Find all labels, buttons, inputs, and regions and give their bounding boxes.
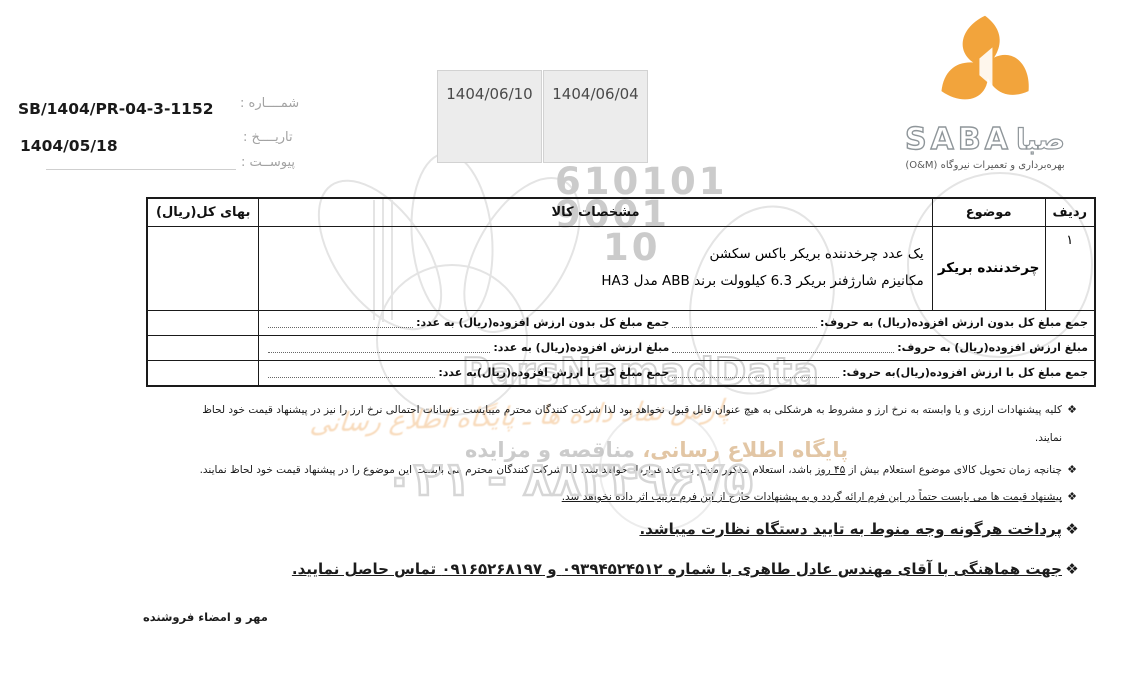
note-contact-info-text: جهت هماهنگی با آقای مهندس عادل طاهری با …	[66, 558, 1062, 580]
with-vat-digits-label: جمع مبلغ کل با ارزش افزوده(ریال)به عدد:	[438, 366, 669, 379]
header-subject: موضوع	[932, 198, 1045, 226]
note2-pre: چنانچه زمان تحویل کالای موضوع استعلام بی…	[845, 464, 1062, 476]
header-total-price: بهای کل(ریال)	[147, 198, 259, 226]
note-form-required: ❖ پیشنهاد قیمت ها می بایست حتماً در این …	[66, 483, 1082, 511]
date-box-issue: 1404/06/04	[543, 70, 648, 163]
summary-vat-price-cell	[147, 335, 259, 360]
note-delivery-time: ❖ چنانچه زمان تحویل کالای موضوع استعلام …	[66, 456, 1082, 484]
saba-logo: SABA صبا بهره‌برداری و تعمیرات نیروگاه (…	[880, 12, 1090, 171]
inquiry-table: ردیف موضوع مشخصات کالا بهای کل(ریال) ۱ چ…	[146, 197, 1096, 387]
vat-words-blank	[672, 352, 894, 353]
note1-line1: کلیه پیشنهادات ارزی و یا وابسته به نرخ ا…	[202, 404, 1062, 416]
saba-persian-text: صبا	[1016, 123, 1065, 156]
spec-line-2: مکانیزم شارژفنر بریکر 6.3 کیلوولت برند A…	[601, 273, 923, 289]
note-form-required-text: پیشنهاد قیمت ها می بایست حتماً در این فر…	[66, 483, 1062, 511]
saba-tagline: بهره‌برداری و تعمیرات نیروگاه (O&M)	[905, 160, 1064, 171]
note2-underlined: ۴۵ روز	[815, 464, 845, 476]
watermark-number-1: 610101	[555, 163, 727, 200]
summary-row-without-vat: جمع مبلغ کل بدون ارزش افزوده(ریال) به حر…	[147, 310, 1095, 335]
summary-without-vat: جمع مبلغ کل بدون ارزش افزوده(ریال) به حر…	[259, 310, 1095, 335]
diamond-bullet-icon: ❖	[1062, 396, 1082, 424]
summary-with-vat: جمع مبلغ کل با ارزش افزوده(ریال)به حروف:…	[259, 360, 1095, 386]
number-value: SB/1404/PR-04-3-1152	[18, 100, 214, 118]
note2-post: باشد، استعلام مذکور منجر به عقد قرارداد …	[200, 464, 816, 476]
cell-subject: چرخدننده بریکر	[932, 226, 1045, 310]
with-vat-words-label: جمع مبلغ کل با ارزش افزوده(ریال)به حروف:	[842, 366, 1088, 379]
cell-row-number: ۱	[1045, 226, 1095, 310]
cell-specs: یک عدد چرخدننده بریکر باکس سکشن مکانیزم …	[259, 226, 932, 310]
table-row: ۱ چرخدننده بریکر یک عدد چرخدننده بریکر ب…	[147, 226, 1095, 310]
date-boxes: 1404/06/10 1404/06/04	[437, 70, 649, 163]
diamond-bullet-icon: ❖	[1062, 483, 1082, 511]
without-vat-words-blank	[672, 327, 817, 328]
with-vat-words-blank	[672, 377, 839, 378]
summary-row-with-vat: جمع مبلغ کل با ارزش افزوده(ریال)به حروف:…	[147, 360, 1095, 386]
note1-line2: نمایند.	[1035, 432, 1062, 444]
without-vat-words-label: جمع مبلغ کل بدون ارزش افزوده(ریال) به حر…	[820, 316, 1088, 329]
note-payment-approval-text: پرداخت هرگونه وجه منوط به تایید دستگاه ن…	[66, 518, 1062, 540]
date-box-deadline: 1404/06/10	[437, 70, 542, 163]
summary-without-vat-price-cell	[147, 310, 259, 335]
diamond-bullet-icon: ❖	[1062, 558, 1082, 580]
summary-with-vat-price-cell	[147, 360, 259, 386]
spec-line-1: یک عدد چرخدننده بریکر باکس سکشن	[710, 246, 924, 262]
note-currency-terms: ❖ کلیه پیشنهادات ارزی و یا وابسته به نرخ…	[66, 396, 1082, 452]
saba-wordmark: SABA صبا	[905, 122, 1065, 157]
date-value: 1404/05/18	[20, 137, 118, 155]
summary-row-vat: مبلغ ارزش افزوده(ریال) به حروف: مبلغ ارز…	[147, 335, 1095, 360]
saba-swirl-icon	[910, 12, 1060, 120]
header-specs: مشخصات کالا	[259, 198, 932, 226]
diamond-bullet-icon: ❖	[1062, 456, 1082, 484]
attachment-blank-line	[46, 169, 236, 170]
vat-digits-blank	[268, 352, 490, 353]
with-vat-digits-blank	[268, 377, 435, 378]
date-label: تاریــــخ :	[243, 130, 293, 145]
without-vat-digits-label: جمع مبلغ کل بدون ارزش افزوده(ریال) به عد…	[416, 316, 669, 329]
vat-words-label: مبلغ ارزش افزوده(ریال) به حروف:	[897, 341, 1088, 354]
note-delivery-time-text: چنانچه زمان تحویل کالای موضوع استعلام بی…	[66, 456, 1062, 484]
note-contact-info: ❖ جهت هماهنگی با آقای مهندس عادل طاهری ب…	[66, 558, 1082, 580]
header-row-number: ردیف	[1045, 198, 1095, 226]
table-header-row: ردیف موضوع مشخصات کالا بهای کل(ریال)	[147, 198, 1095, 226]
cell-total-price	[147, 226, 259, 310]
note-payment-approval: ❖ پرداخت هرگونه وجه منوط به تایید دستگاه…	[66, 518, 1082, 540]
saba-latin-text: SABA	[905, 122, 1012, 157]
seller-signature-label: مهر و امضاء فروشنده	[143, 610, 268, 624]
without-vat-digits-blank	[268, 327, 413, 328]
note-currency-terms-text: کلیه پیشنهادات ارزی و یا وابسته به نرخ ا…	[66, 396, 1062, 452]
vat-digits-label: مبلغ ارزش افزوده(ریال) به عدد:	[493, 341, 669, 354]
number-label: شمــــاره :	[240, 96, 299, 111]
summary-vat: مبلغ ارزش افزوده(ریال) به حروف: مبلغ ارز…	[259, 335, 1095, 360]
document-page: 610101 9001 10 ParsNamadData پارس نماد د…	[0, 0, 1126, 682]
attachment-label: پیوســت :	[241, 155, 295, 170]
diamond-bullet-icon: ❖	[1062, 518, 1082, 540]
